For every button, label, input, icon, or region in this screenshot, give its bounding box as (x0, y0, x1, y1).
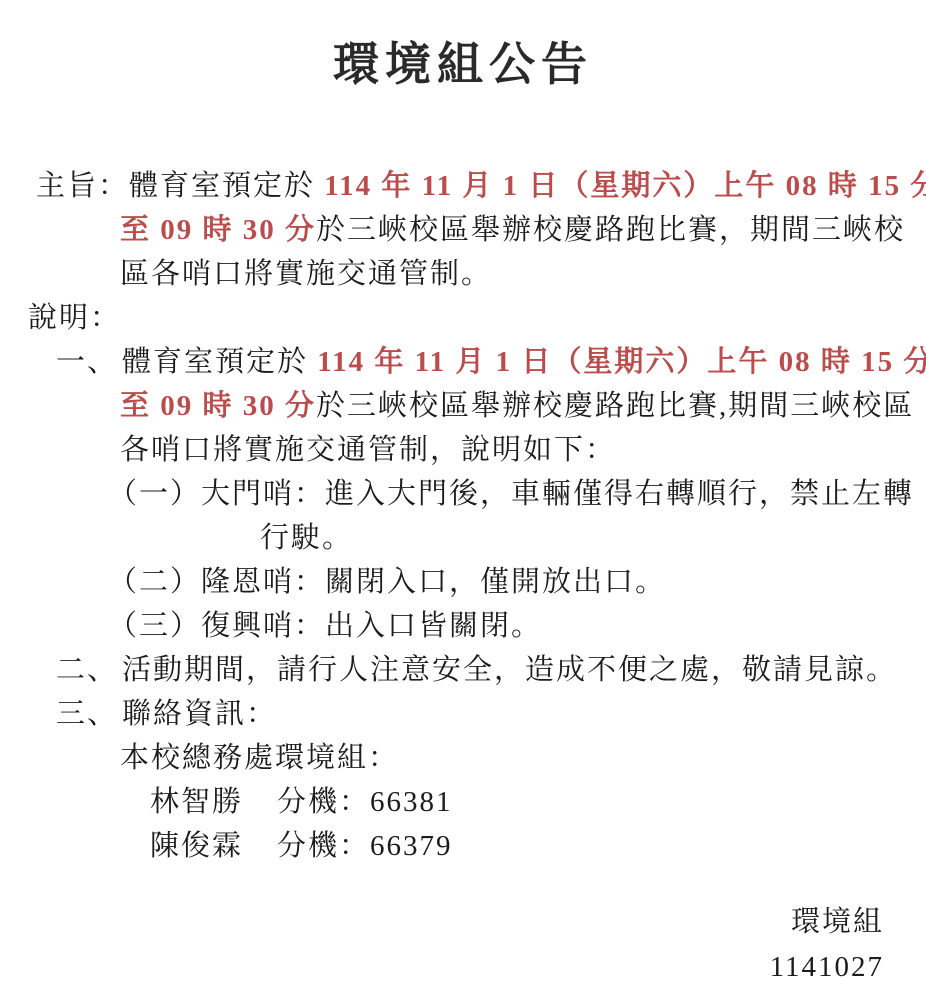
subject-text-black-3: 區各哨口將實施交通管制。 (120, 258, 492, 290)
footer-doc-number-text: 1141027 (770, 951, 884, 983)
footer-signature: 環境組 1141027 (0, 900, 926, 990)
item2-text: 活動期間，請行人注意安全，造成不便之處，敬請見諒。 (122, 654, 897, 686)
item2-number: 二、 (56, 648, 122, 692)
subject-line-3: 區各哨口將實施交通管制。 (0, 252, 926, 296)
document-body: 主旨：體育室預定於 114 年 11 月 1 日（星期六）上午 08 時 15 … (0, 164, 926, 868)
contact-office-line: 本校總務處環境組： (0, 736, 926, 780)
subitem2-line-1: （二）隆恩哨：關閉入口，僅開放出口。 (0, 560, 926, 604)
footer-unit-text: 環境組 (791, 906, 884, 938)
subitem1-text: 大門哨：進入大門後，車輛僅得右轉順行，禁止左轉 (201, 478, 914, 510)
contact-person-row: 陳俊霖分機：66379 (0, 824, 926, 868)
item1-line-1: 一、體育室預定於 114 年 11 月 1 日（星期六）上午 08 時 15 分 (0, 340, 926, 384)
announcement-document: 環境組公告 主旨：體育室預定於 114 年 11 月 1 日（星期六）上午 08… (0, 0, 926, 1004)
item1-endtime-red: 至 09 時 30 分 (120, 390, 316, 422)
item1-text-black-3: 各哨口將實施交通管制，說明如下： (120, 434, 616, 466)
subject-line-2: 至 09 時 30 分於三峽校區舉辦校慶路跑比賽，期間三峽校 (0, 208, 926, 252)
contact-person-name: 林智勝 (150, 780, 243, 824)
item3-number: 三、 (56, 692, 122, 736)
subitem1-line-1: （一）大門哨：進入大門後，車輛僅得右轉順行，禁止左轉 (0, 472, 926, 516)
footer-doc-number: 1141027 (0, 945, 884, 990)
subitem3-number: （三） (108, 610, 201, 642)
subject-text-black-2: 於三峽校區舉辦校慶路跑比賽，期間三峽校 (316, 214, 905, 246)
item2-line: 二、活動期間，請行人注意安全，造成不便之處，敬請見諒。 (0, 648, 926, 692)
item1-text-black-2: 於三峽校區舉辦校慶路跑比賽,期間三峽校區 (316, 390, 914, 422)
subject-endtime-red: 至 09 時 30 分 (120, 214, 316, 246)
contact-person-name: 陳俊霖 (150, 824, 243, 868)
subject-datetime-red: 114 年 11 月 1 日（星期六）上午 08 時 15 分 (324, 170, 926, 202)
contact-ext-label: 分機： (277, 830, 370, 862)
contact-person-row: 林智勝分機：66381 (0, 780, 926, 824)
subitem2-number: （二） (108, 566, 201, 598)
subitem1-line-2: 行駛。 (0, 516, 926, 560)
item1-text-black: 體育室預定於 (122, 346, 317, 378)
explanation-label-text: 說明： (28, 302, 121, 334)
contact-ext-number: 66379 (370, 830, 453, 862)
item1-number: 一、 (56, 340, 122, 384)
subitem2-text: 隆恩哨：關閉入口，僅開放出口。 (201, 566, 666, 598)
contact-office: 本校總務處環境組： (120, 742, 399, 774)
contact-ext-number: 66381 (370, 786, 453, 818)
page-title: 環境組公告 (0, 0, 926, 94)
item3-line: 三、聯絡資訊： (0, 692, 926, 736)
item1-datetime-red: 114 年 11 月 1 日（星期六）上午 08 時 15 分 (317, 346, 926, 378)
subitem1-text-2: 行駛。 (260, 522, 353, 554)
contact-ext-label: 分機： (277, 786, 370, 818)
subitem3-line-1: （三）復興哨：出入口皆關閉。 (0, 604, 926, 648)
subject-line-1: 主旨：體育室預定於 114 年 11 月 1 日（星期六）上午 08 時 15 … (0, 164, 926, 208)
explanation-label: 說明： (0, 296, 926, 340)
item1-line-2: 至 09 時 30 分於三峽校區舉辦校慶路跑比賽,期間三峽校區 (0, 384, 926, 428)
footer-unit: 環境組 (0, 900, 884, 945)
item3-text: 聯絡資訊： (122, 698, 277, 730)
subitem3-text: 復興哨：出入口皆關閉。 (201, 610, 542, 642)
subject-text-black: 體育室預定於 (129, 170, 324, 202)
item1-line-3: 各哨口將實施交通管制，說明如下： (0, 428, 926, 472)
subitem1-number: （一） (108, 478, 201, 510)
subject-label: 主旨： (36, 170, 129, 202)
